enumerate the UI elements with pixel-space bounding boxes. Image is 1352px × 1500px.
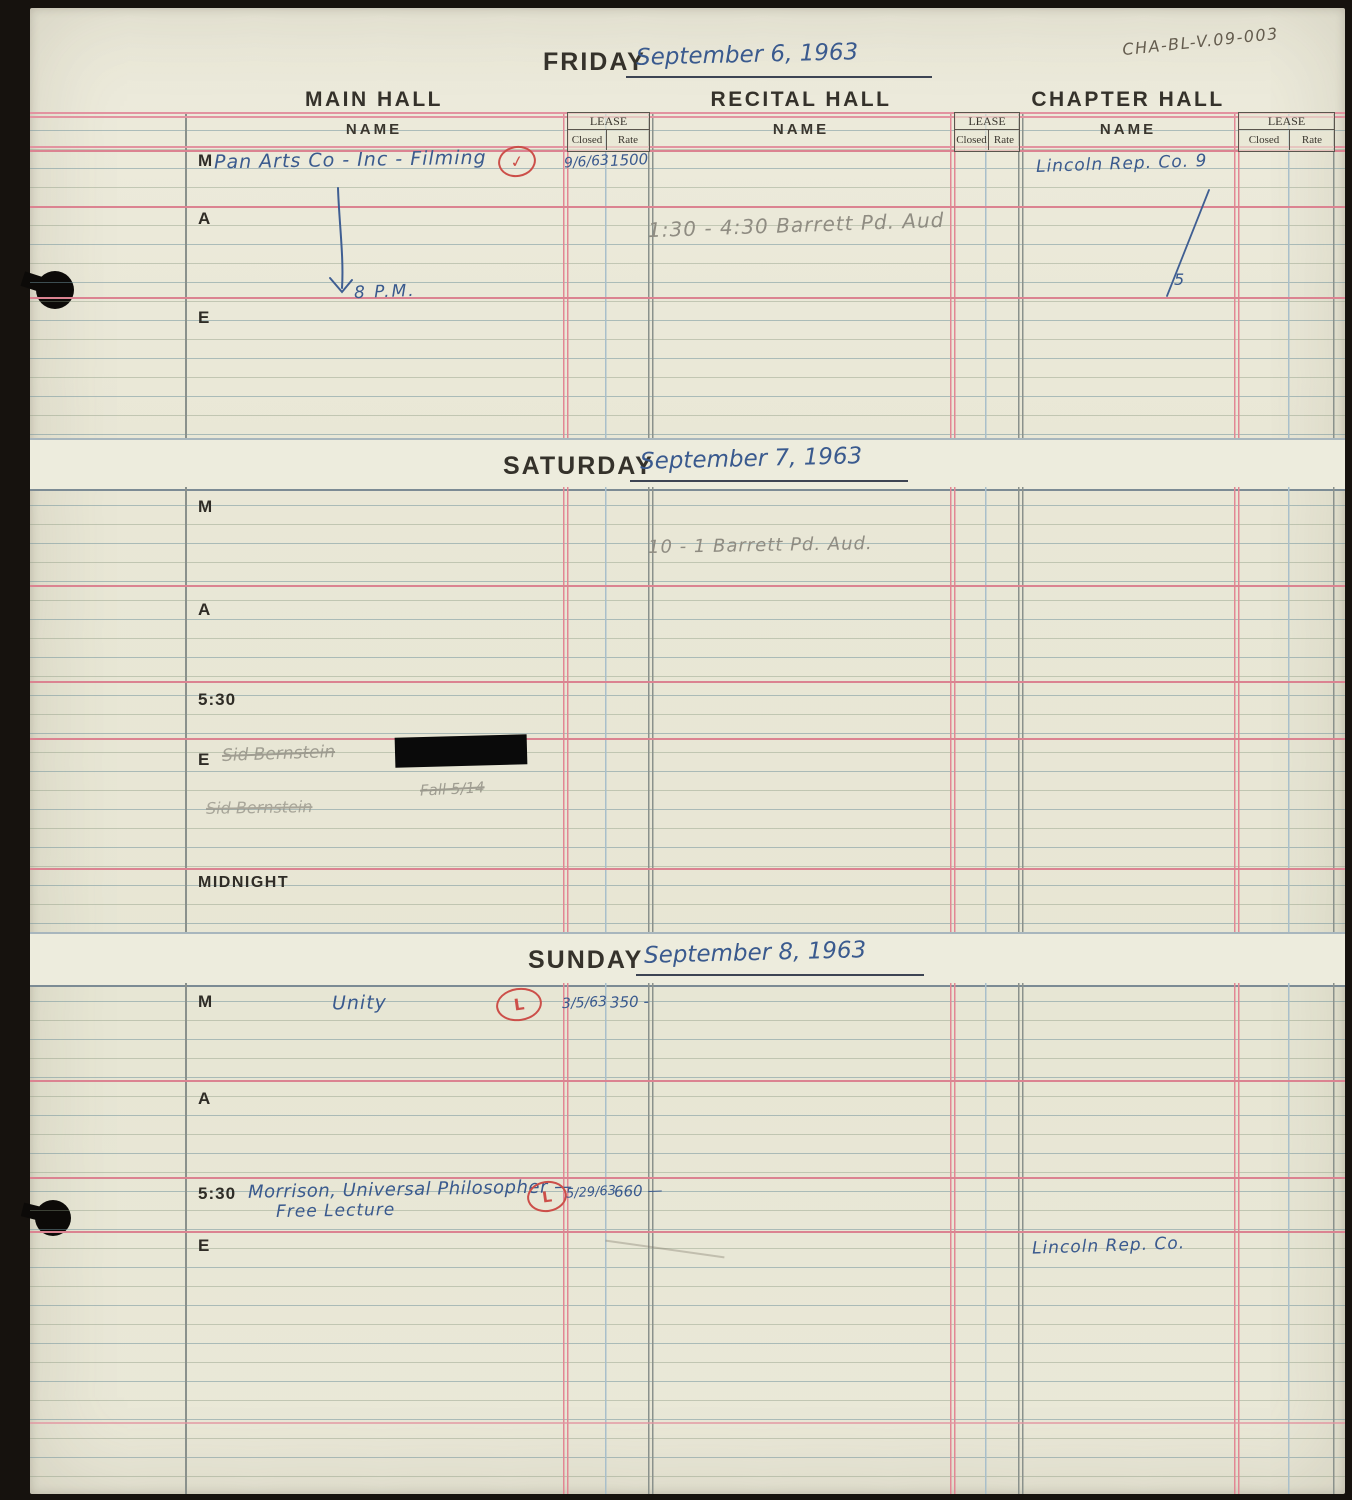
lease-closed-label: Closed: [568, 130, 607, 150]
sunday-m-closed: 3/5/63: [562, 994, 608, 1012]
friday-time-note: 8 P.M.: [354, 281, 416, 303]
saturday-scribble-1: Sid Bernstein: [222, 742, 336, 766]
scanned-ledger-page: CHA-BL-V.09-003 FRIDAY September 6, 1963…: [0, 0, 1352, 1500]
saturday-recital-note: 10 - 1 Barrett Pd. Aud.: [648, 533, 873, 558]
sunday-530-rate: 660 —: [614, 1181, 663, 1201]
row-label-530: 5:30: [198, 690, 236, 710]
lease-label: LEASE: [568, 113, 649, 130]
saturday-scribble-3: Sid Bernstein: [206, 797, 313, 818]
day-label-saturday: SATURDAY: [503, 452, 654, 481]
row-label-e: E: [198, 1236, 210, 1256]
row-label-e: E: [198, 750, 210, 770]
lease-closed-label: Closed: [955, 130, 989, 150]
rule-line: [30, 112, 1345, 114]
row-label-a: A: [198, 1089, 211, 1109]
day-label-sunday: SUNDAY: [528, 946, 643, 975]
rule-line: [30, 206, 1345, 208]
row-label-m: M: [198, 497, 213, 517]
hall-title-chapter: CHAPTER HALL: [1022, 88, 1234, 112]
rule-line: [30, 1422, 1345, 1424]
lease-header-main: LEASE Closed Rate: [567, 112, 650, 152]
rule-line: [30, 585, 1345, 587]
lease-rate-label: Rate: [1290, 130, 1334, 150]
lease-header-recital: LEASE Closed Rate: [954, 112, 1020, 152]
ledger-paper: CHA-BL-V.09-003 FRIDAY September 6, 1963…: [30, 8, 1345, 1494]
catalog-code: CHA-BL-V.09-003: [1121, 24, 1279, 59]
name-header-recital: NAME: [652, 121, 950, 138]
friday-lease-closed: 9/6/63: [563, 152, 609, 171]
sunday-530-entry-line2: Free Lecture: [276, 1200, 396, 1222]
sunday-m-rate: 350 -: [610, 992, 649, 1011]
sunday-m-entry: Unity: [332, 992, 387, 1015]
lease-header-chapter: LEASE Closed Rate: [1238, 112, 1335, 152]
row-label-530: 5:30: [198, 1184, 236, 1204]
rule-line: [30, 1080, 1345, 1082]
hall-title-recital: RECITAL HALL: [652, 88, 950, 112]
rule-line: [30, 868, 1345, 870]
friday-chapter-note: 5: [1174, 270, 1184, 289]
date-underline: [626, 76, 932, 78]
hall-title-main: MAIN HALL: [185, 88, 563, 112]
lease-closed-label: Closed: [1239, 130, 1290, 150]
rule-line: [30, 738, 1345, 740]
rule-line: [30, 116, 1345, 118]
redaction-box: [395, 734, 528, 767]
row-label-m: M: [198, 151, 213, 171]
date-friday: September 6, 1963: [636, 39, 859, 71]
date-underline: [630, 480, 908, 482]
lease-rate-label: Rate: [607, 130, 649, 150]
date-underline: [636, 974, 924, 976]
lease-label: LEASE: [1239, 113, 1334, 130]
name-header-main: NAME: [185, 121, 563, 138]
name-header-chapter: NAME: [1022, 121, 1234, 138]
day-label-friday: FRIDAY: [543, 48, 646, 77]
rule-line: [30, 1231, 1345, 1233]
row-label-a: A: [198, 600, 211, 620]
row-label-m: M: [198, 992, 213, 1012]
rule-line: [30, 297, 1345, 299]
diagonal-slash-drawing: [1155, 188, 1215, 303]
friday-lease-rate: 1500: [610, 150, 649, 170]
lease-label: LEASE: [955, 113, 1019, 130]
rule-line: [30, 146, 1345, 148]
row-label-e: E: [198, 308, 210, 328]
row-label-a: A: [198, 209, 211, 229]
saturday-scribble-2: Fall 5/14: [420, 778, 485, 799]
row-label-midnight: MIDNIGHT: [198, 874, 289, 892]
lease-rate-label: Rate: [989, 130, 1019, 150]
rule-line: [30, 1177, 1345, 1179]
rule-line: [30, 681, 1345, 683]
